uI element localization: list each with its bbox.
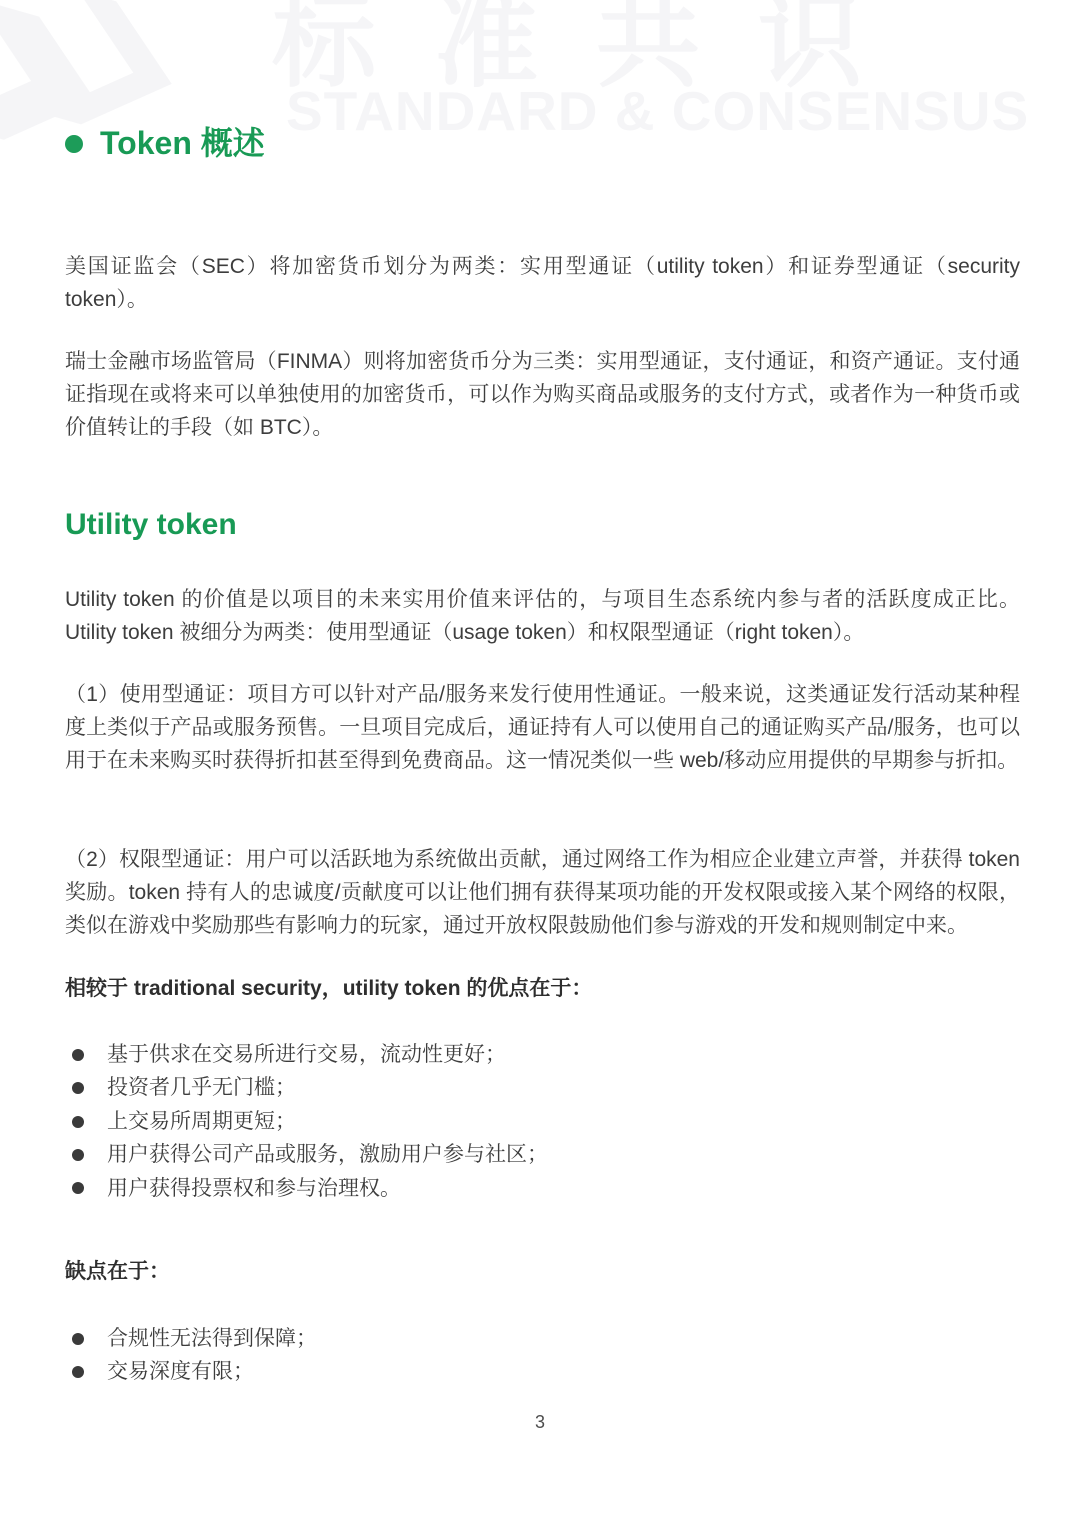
advantages-list: 基于供求在交易所进行交易，流动性更好； 投资者几乎无门槛； 上交易所周期更短； … <box>65 1038 1020 1205</box>
disadvantages-list: 合规性无法得到保障； 交易深度有限； <box>65 1322 1020 1389</box>
list-item-text: 合规性无法得到保障； <box>107 1322 317 1355</box>
paragraph-finma-classification: 瑞士金融市场监管局（FINMA）则将加密货币分为三类：实用型通证，支付通证，和资… <box>65 345 1020 444</box>
bullet-icon <box>72 1182 84 1194</box>
advantages-heading: 相较于 traditional security，utility token 的… <box>65 972 1020 1005</box>
list-item: 用户获得公司产品或服务，激励用户参与社区； <box>65 1138 1020 1171</box>
list-item-text: 用户获得公司产品或服务，激励用户参与社区； <box>107 1138 548 1171</box>
list-item: 合规性无法得到保障； <box>65 1322 1020 1355</box>
document-page: 标准共识 STANDARD & CONSENSUS Token 概述 美国证监会… <box>0 0 1080 1528</box>
bullet-icon <box>72 1149 84 1161</box>
list-item-text: 基于供求在交易所进行交易，流动性更好； <box>107 1038 506 1071</box>
paragraph-right-token: （2）权限型通证：用户可以活跃地为系统做出贡献，通过网络工作为相应企业建立声誉，… <box>65 843 1020 942</box>
list-item-text: 投资者几乎无门槛； <box>107 1071 296 1104</box>
list-item-text: 交易深度有限； <box>107 1355 254 1388</box>
paragraph-usage-token: （1）使用型通证：项目方可以针对产品/服务来发行使用性通证。一般来说，这类通证发… <box>65 678 1020 777</box>
disadvantages-heading: 缺点在于： <box>65 1255 1020 1288</box>
list-item: 投资者几乎无门槛； <box>65 1071 1020 1104</box>
utility-token-heading: Utility token <box>65 507 1020 543</box>
green-bullet-icon <box>65 135 83 153</box>
bullet-icon <box>72 1116 84 1128</box>
section-title-row: Token 概述 <box>65 126 1020 161</box>
page-number: 3 <box>0 1412 1080 1433</box>
list-item-text: 用户获得投票权和参与治理权。 <box>107 1172 401 1205</box>
list-item: 交易深度有限； <box>65 1355 1020 1388</box>
bullet-icon <box>72 1333 84 1345</box>
bullet-icon <box>72 1082 84 1094</box>
paragraph-sec-classification: 美国证监会（SEC）将加密货币划分为两类：实用型通证（utility token… <box>65 250 1020 316</box>
list-item-text: 上交易所周期更短； <box>107 1105 296 1138</box>
list-item: 用户获得投票权和参与治理权。 <box>65 1172 1020 1205</box>
list-item: 基于供求在交易所进行交易，流动性更好； <box>65 1038 1020 1071</box>
section-title: Token 概述 <box>100 126 265 161</box>
list-item: 上交易所周期更短； <box>65 1105 1020 1138</box>
bullet-icon <box>72 1049 84 1061</box>
bullet-icon <box>72 1366 84 1378</box>
paragraph-utility-intro: Utility token 的价值是以项目的未来实用价值来评估的，与项目生态系统… <box>65 583 1020 649</box>
